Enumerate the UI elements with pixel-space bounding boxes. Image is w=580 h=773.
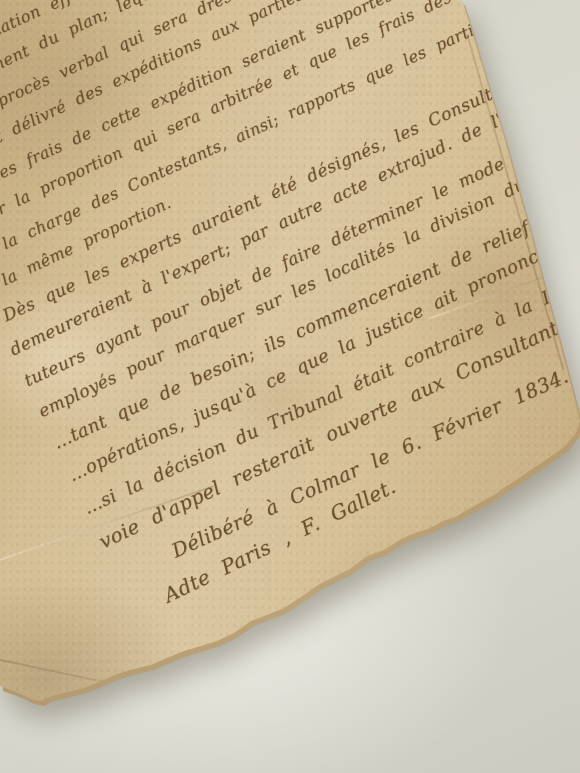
paper-sheet: …du présent procès verbal et des pièces … xyxy=(0,0,580,773)
manuscript-paper: …du présent procès verbal et des pièces … xyxy=(0,0,580,773)
manuscript-text: …du présent procès verbal et des pièces … xyxy=(0,0,580,630)
photograph: …du présent procès verbal et des pièces … xyxy=(0,0,580,773)
